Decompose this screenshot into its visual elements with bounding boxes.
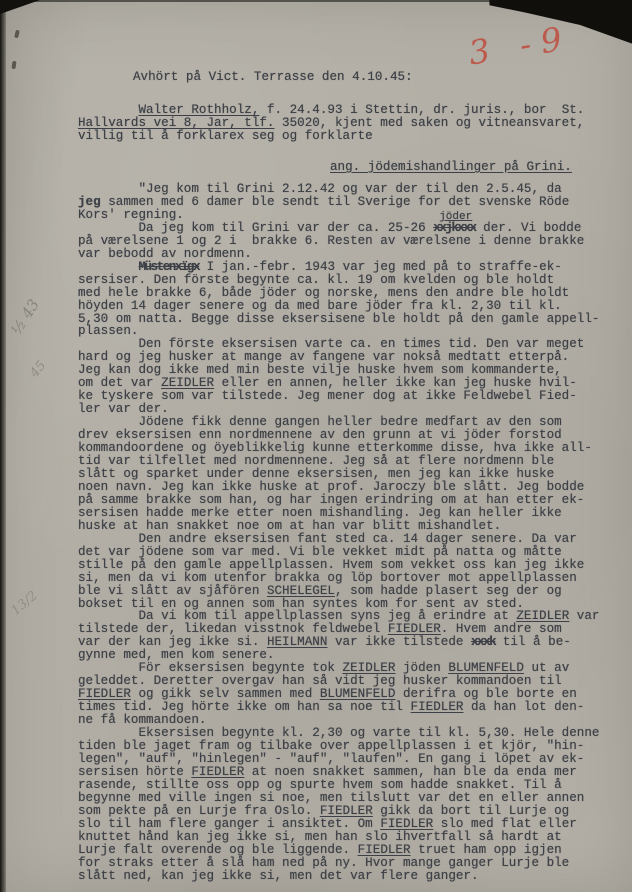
- struck-out-text: xxjkxxxjöder: [433, 221, 475, 235]
- text-line: 5,30 om natta. Begge disse eksersisene b…: [78, 313, 599, 326]
- text-line: stille på den gamle appellplassen. Hvem …: [78, 559, 599, 572]
- text-line: "Jeg kom til Grini 2.12.42 og var der ti…: [78, 183, 599, 196]
- text-line: slått ned, kan jeg ikke si, men det var …: [78, 870, 599, 883]
- text-line: var bebodd av nordmenn.: [78, 248, 599, 261]
- interrogation-header: Avhört på Vict. Terrasse den 4.10.45:: [133, 71, 413, 84]
- margin-pencil-note: 45: [27, 358, 49, 380]
- text-line: villig til å forklarex seg og forklarte: [78, 130, 584, 143]
- emphasized-text: FIEDLER: [411, 700, 464, 714]
- emphasized-text: FIEDLER: [358, 843, 411, 857]
- witness-intro-block: Walter Rothholz, f. 24.4.93 i Stettin, d…: [78, 104, 584, 143]
- text-line: sersisen hörte FIEDLER at noen snakket s…: [78, 766, 599, 779]
- text-line: på værelsene 1 og 2 i brakke 6. Resten a…: [78, 235, 599, 248]
- scan-edge-left: [0, 0, 6, 892]
- text-line: sersisen hadde merke etter noen mishandl…: [78, 507, 599, 520]
- text-line: si, men da vi kom utenfor brakka og löp …: [78, 572, 599, 585]
- text-line: tiden ble jaget fram og tilbake over app…: [78, 740, 599, 753]
- corner-shadow-top-left: [0, 0, 40, 14]
- emphasized-text: SCHELEGEL: [267, 584, 335, 598]
- emphasized-text: ZEIDLER: [161, 376, 214, 390]
- emphasized-text: HEILMANN: [267, 635, 327, 649]
- emphasized-text: Walter Rothholz,: [138, 103, 259, 117]
- text-line: knuttet hånd kan jeg ikke si, men han sl…: [78, 831, 599, 844]
- emphasized-text: jeg: [78, 195, 101, 209]
- emphasized-text: FIEDLER: [191, 765, 244, 779]
- emphasized-text: ZEIDLER: [516, 609, 569, 623]
- text-line: på samme brakke som han, og har ingen er…: [78, 494, 599, 507]
- emphasized-text: FIEDLER: [320, 804, 373, 818]
- text-line: Lurje falt overende og ble liggende. FIE…: [78, 844, 599, 857]
- text-line: for straks etter å slå ham ned på ny. Hv…: [78, 857, 599, 870]
- text-line: noen navn. Jeg kan ikke huske at prof. J…: [78, 481, 599, 494]
- text-line: jeg sammen med 6 damer ble sendt til Sve…: [78, 196, 599, 209]
- subject-line: ang. jödemishandlinger på Grini.: [330, 161, 572, 174]
- staple-hole: [11, 61, 16, 69]
- text-line: slo til ham flere ganger i ansiktet. Om …: [78, 818, 599, 831]
- text-line: Müstenxïgx I jan.-febr. 1943 var jeg med…: [78, 261, 599, 274]
- text-line: som pekte på en Lurje fra Oslo. FIEDLER …: [78, 805, 599, 818]
- struck-out-text: Müstenxïgx: [138, 260, 199, 274]
- text-line: höyden 14 dager senere og da med bare jö…: [78, 300, 599, 313]
- handwritten-page-number: 3 -9: [466, 11, 620, 73]
- text-line: legen", "auf", "hinlegen" - "auf", "lauf…: [78, 753, 599, 766]
- text-line: Hallvards vei 8, Jar, tlf. 35020, kjent …: [78, 117, 584, 130]
- text-line: det var jödene som var med. Vi ble vekke…: [78, 546, 599, 559]
- inserted-correction: jöder: [439, 211, 472, 224]
- staple-hole: [14, 30, 20, 39]
- text-line: med hele brakke 6, både jöder og norske,…: [78, 287, 599, 300]
- text-line: huske at han snakket noe om at han var b…: [78, 520, 599, 533]
- text-line: Den andre eksersisen fant sted ca. 14 da…: [78, 533, 599, 546]
- emphasized-text: Hallvards vei 8, Jar, tlf.: [78, 116, 275, 130]
- struck-out-text: xxxk: [471, 635, 495, 649]
- emphasized-text: BLUMENFELD: [320, 687, 396, 701]
- scanned-document-page: 3 -9 ½ 43 45 13/2 Avhört på Vict. Terras…: [0, 0, 632, 892]
- testimony-body: "Jeg kom til Grini 2.12.42 og var der ti…: [78, 183, 599, 882]
- emphasized-text: FIEDLER: [380, 817, 433, 831]
- margin-pencil-note: ½ 43: [7, 296, 43, 338]
- emphasized-text: FIEDLER: [78, 687, 131, 701]
- text-line: rasende, stillte oss opp og spurte hvem …: [78, 779, 599, 792]
- text-line: Da jeg kom til Grini var der ca. 25-26 x…: [78, 222, 599, 235]
- text-line: Kors' regning.: [78, 209, 599, 222]
- text-line: ble vi slått av sjåfören SCHELEGEL, som …: [78, 585, 599, 598]
- margin-pencil-note: 13/2: [9, 588, 41, 618]
- text-line: slått og sparket under denne eksersisen,…: [78, 468, 599, 481]
- text-line: sersiser. Den förste begynte ca. kl. 19 …: [78, 274, 599, 287]
